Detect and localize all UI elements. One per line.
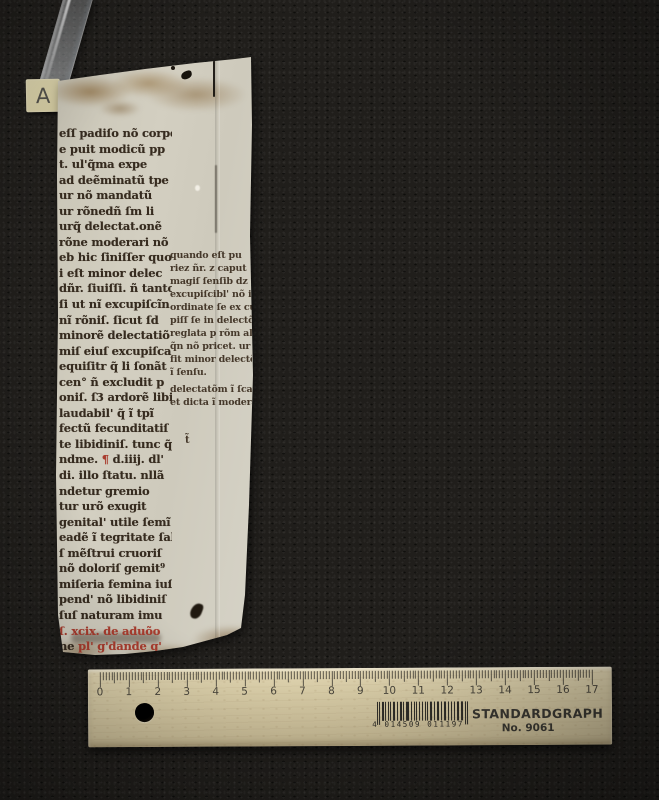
ruler-number: 14: [495, 684, 515, 696]
script-line: ndetur gremio: [59, 484, 172, 500]
ruler-tick: [137, 672, 138, 680]
ruler-tick: [282, 671, 283, 679]
ruler-tick: [464, 670, 465, 678]
gloss-line: ordinate ſe ex cu: [170, 301, 252, 314]
ruler-tick: [514, 670, 515, 678]
ruler-tick: [207, 672, 208, 680]
ruler-tick: [129, 672, 130, 687]
ruler-tick: [308, 671, 309, 679]
ruler-number: 1: [119, 686, 139, 698]
ruler-tick: [265, 671, 266, 679]
ruler-tick: [548, 670, 549, 681]
ruler-tick: [557, 670, 558, 678]
ruler-numbers: 01234567891011121314151617: [88, 667, 612, 670]
ruler-tick: [166, 672, 167, 680]
ruler-tick: [126, 672, 127, 680]
script-line: miſ eiuſ excupiſca: [59, 344, 172, 360]
ruler-tick: [583, 670, 584, 678]
ruler-tick: [114, 672, 115, 683]
ruler-tick: [285, 671, 286, 679]
ruler-tick: [519, 670, 520, 681]
ruler-tick: [522, 670, 523, 678]
ruler-tick: [352, 671, 353, 679]
gloss-line: reglata p rõm al: [170, 327, 252, 340]
ruler-number: 17: [582, 684, 602, 696]
ruler-tick: [302, 671, 303, 686]
ruler-tick: [372, 671, 373, 679]
ruler-tick: [233, 672, 234, 680]
script-line: dñr. ſiuiſſi. ñ tanto: [59, 281, 172, 297]
ruler-tick: [213, 672, 214, 680]
ruler-tick: [178, 672, 179, 680]
ruler-tick: [525, 670, 526, 678]
ruler-tick: [505, 670, 506, 685]
ruler-tick: [488, 670, 489, 678]
ruler-tick: [496, 670, 497, 678]
ruler-tick: [259, 671, 260, 682]
ruler-tick: [438, 671, 439, 679]
ruler-tick: [314, 671, 315, 679]
ruler-tick: [299, 671, 300, 679]
ruler-tick: [447, 670, 448, 685]
ruler-tick: [386, 671, 387, 679]
ruler-tick: [456, 670, 457, 678]
specimen-letter: A: [36, 83, 51, 107]
gloss-line: magiſ ſenſib dz: [170, 275, 252, 288]
ruler-tick: [192, 672, 193, 680]
ruler-number: 5: [235, 685, 255, 697]
ruler-tick: [224, 672, 225, 680]
ruler-tick: [467, 670, 468, 678]
ruler-tick: [216, 672, 217, 687]
ruler-tick: [331, 671, 332, 686]
ruler-tick: [395, 671, 396, 679]
ruler-number: 12: [437, 684, 457, 696]
script-line: equiſitr q̃ li ſonãt: [59, 359, 172, 375]
ruler-tick: [123, 672, 124, 680]
ruler-tick: [320, 671, 321, 679]
script-line: miſeria femina iuſ: [59, 577, 172, 593]
ruler-tick: [242, 672, 243, 680]
script-line: nõ doloriſ gemit⁹: [59, 561, 172, 577]
slit-cut-faint: [215, 165, 217, 233]
ruler-tick: [253, 672, 254, 680]
script-line: eſſ padiſo nõ corpe: [59, 126, 172, 142]
ruler-tick: [311, 671, 312, 679]
ruler-tick: [210, 672, 211, 680]
script-line: fectũ fecunditatiſ: [59, 421, 172, 437]
marginal-gloss-note: delectatõm ĩ ſcat.et dicta ĩ moderate: [170, 383, 252, 409]
script-line: guanda ad corpuſ.: [59, 655, 172, 671]
ruler-tick: [421, 671, 422, 679]
script-line: oniſ. ſ3 ardorẽ libi: [59, 390, 172, 406]
script-line: ndme. ¶ d.iiij. dl': [59, 452, 172, 468]
parchment-fragment: eſſ padiſo nõ corpee puit modicũ ppt. ul…: [55, 55, 255, 660]
script-line: i eſt minor delec: [59, 266, 172, 282]
ruler-tick: [569, 670, 570, 678]
ruler-tick: [328, 671, 329, 679]
ruler-tick: [117, 672, 118, 680]
ruler-tick: [204, 672, 205, 680]
ruler-tick: [560, 670, 561, 678]
script-line: e puit modicũ pp: [59, 142, 172, 158]
ruler-tick: [181, 672, 182, 680]
ruler-tick: [172, 672, 173, 683]
ruler-tick: [305, 671, 306, 679]
ruler-number: 4: [206, 686, 226, 698]
ruler-number: 6: [264, 685, 284, 697]
ruler-tick: [230, 672, 231, 683]
ruler-tick: [473, 670, 474, 678]
ruler-tick: [135, 672, 136, 680]
ruler-tick: [218, 672, 219, 680]
script-line: ſ. xcix. de aduõo: [59, 624, 172, 640]
ruler-tick: [389, 671, 390, 686]
script-line: minorẽ delectatiõ: [59, 328, 172, 344]
gloss-line: quando eſt pu: [170, 249, 252, 262]
ruler-tick: [169, 672, 170, 680]
ruler-tick: [221, 672, 222, 680]
ruler-tick: [490, 670, 491, 681]
ruler-tick: [337, 671, 338, 679]
ruler-tick: [184, 672, 185, 680]
ruler-tick: [508, 670, 509, 678]
worm-dot: [171, 66, 175, 70]
barcode-bar: [467, 701, 468, 724]
script-line: ne pl' g'dande q': [59, 639, 172, 655]
ruler-tick: [517, 670, 518, 678]
ruler-tick: [424, 671, 425, 679]
ruler-tick: [363, 671, 364, 679]
ruler-number: 7: [292, 685, 312, 697]
ruler-tick: [326, 671, 327, 679]
top-stain: [55, 61, 251, 117]
ruler-tick: [392, 671, 393, 679]
script-line: te libidiniſ. tunc q̃: [59, 437, 172, 453]
ruler-tick: [430, 671, 431, 679]
ruler-tick: [158, 672, 159, 687]
ruler-tick: [366, 671, 367, 679]
ruler-tick: [528, 670, 529, 678]
ruler-tick: [245, 672, 246, 687]
ruler-tick: [273, 671, 274, 686]
ruler-tick: [279, 671, 280, 679]
marginal-gloss-column: quando eſt puriez ñr. z caputmagiſ ſenſi…: [170, 249, 252, 379]
ruler-number: 13: [466, 684, 486, 696]
script-line: cen° ñ excludit p: [59, 375, 172, 391]
barcode-digits: 4 014509 011197: [371, 719, 465, 728]
ruler-tick: [288, 671, 289, 682]
ruler-tick: [100, 672, 101, 687]
ruler-tick: [383, 671, 384, 679]
ruler-tick: [534, 670, 535, 685]
ruler-tick: [346, 671, 347, 682]
ruler-hanging-hole: [135, 703, 154, 722]
ruler-tick: [493, 670, 494, 678]
script-line: ur rõnedñ ſm li: [59, 204, 172, 220]
ruler-tick: [360, 671, 361, 686]
ruler-tick: [572, 670, 573, 678]
ruler-number: 10: [379, 685, 399, 697]
ruler-number: 15: [524, 684, 544, 696]
ruler-tick: [592, 670, 593, 685]
ruler-tick: [450, 670, 451, 678]
ruler-tick: [323, 671, 324, 679]
ruler-tick: [369, 671, 370, 679]
ruler-tick: [103, 672, 104, 680]
ruler-tick: [143, 672, 144, 683]
ruler-ticks: [88, 667, 612, 670]
ruler-tick: [111, 672, 112, 680]
ruler-tick: [378, 671, 379, 679]
ruler-tick: [155, 672, 156, 680]
ruler-number: 0: [90, 686, 110, 698]
ruler-number: 3: [177, 686, 197, 698]
ruler-tick: [566, 670, 567, 678]
gloss-line: ĩ ſenſu.: [170, 366, 252, 379]
ruler-tick: [108, 672, 109, 680]
gloss-line: fit minor delectõ: [170, 353, 252, 366]
surface-chip: [195, 185, 200, 191]
ruler-brand: STANDARDGRAPH: [472, 706, 584, 722]
script-line: nĩ rõniſ. ſicut ſd: [59, 313, 172, 329]
script-line: tur urõ exugit: [59, 499, 172, 515]
ruler-tick: [140, 672, 141, 680]
ruler-number: 16: [553, 684, 573, 696]
script-line: ur nõ mandatũ: [59, 188, 172, 204]
ruler-tick: [106, 672, 107, 680]
main-text-column: eſſ padiſo nõ corpee puit modicũ ppt. ul…: [59, 126, 172, 670]
ruler-tick: [268, 671, 269, 679]
ruler-tick: [470, 670, 471, 678]
ruler-tick: [317, 671, 318, 682]
script-line: ſi ut nĩ excupiſcĩn: [59, 297, 172, 313]
ruler-tick: [236, 672, 237, 680]
ruler-tick: [271, 671, 272, 679]
ruler-tick: [187, 672, 188, 687]
gloss-line: riez ñr. z caput: [170, 262, 252, 275]
ruler-tick: [250, 672, 251, 680]
ruler-tick: [146, 672, 147, 680]
ruler-tick: [433, 671, 434, 682]
ruler-tick: [340, 671, 341, 679]
ruler-tick: [381, 671, 382, 679]
ruler-tick: [436, 671, 437, 679]
gloss-note-line: delectatõm ĩ ſcat.: [170, 383, 252, 396]
script-line: t. ul'q̃ma expe: [59, 157, 172, 173]
ruler-tick: [175, 672, 176, 680]
ruler-tick: [554, 670, 555, 678]
script-line: ad deẽminatũ tpe: [59, 173, 172, 189]
ruler-tick: [201, 672, 202, 683]
ruler-tick: [485, 670, 486, 678]
ruler-number: 8: [321, 685, 341, 697]
ruler-tick: [297, 671, 298, 679]
ruler-tick: [276, 671, 277, 679]
gloss-line: piſſ ſe in delectõe: [170, 314, 252, 327]
ruler-number: 2: [148, 686, 168, 698]
ruler-tick: [120, 672, 121, 680]
script-line: eb hic ſiniſſer quod: [59, 250, 172, 266]
barcode-bars: [377, 701, 468, 720]
script-line: urq̃ delectat.onẽ: [59, 219, 172, 235]
ruler-tick: [586, 670, 587, 678]
ruler-tick: [479, 670, 480, 678]
ruler-tick: [531, 670, 532, 678]
script-line: ſ mẽſtrui cruoriſ: [59, 546, 172, 562]
ruler-tick: [563, 670, 564, 685]
ruler-model-number: No. 9061: [472, 722, 584, 735]
gloss-line: excupiſcibl' nõ ita: [170, 288, 252, 301]
script-line: genital' utile ſemĩ: [59, 515, 172, 531]
ruler-number: 9: [350, 685, 370, 697]
script-line: rõne moderari nõ: [59, 235, 172, 251]
ruler-tick: [149, 672, 150, 680]
ruler-tick: [551, 670, 552, 678]
script-line: ſuſ naturam imu: [59, 608, 172, 624]
ruler-tick: [409, 671, 410, 679]
ruler-tick: [349, 671, 350, 679]
ruler-tick: [227, 672, 228, 680]
wooden-ruler: 01234567891011121314151617 4 014509 0111…: [88, 667, 612, 748]
ruler-tick: [375, 671, 376, 682]
ruler-tick: [401, 671, 402, 679]
ruler-tick: [239, 672, 240, 680]
ruler-tick: [577, 670, 578, 681]
ruler-tick: [262, 671, 263, 679]
ruler-tick: [511, 670, 512, 678]
ruler-tick: [543, 670, 544, 678]
ruler-tick: [415, 671, 416, 679]
slit-cut: [213, 57, 215, 97]
ruler-tick: [482, 670, 483, 678]
ruler-tick: [291, 671, 292, 679]
ruler-tick: [499, 670, 500, 678]
ruler-tick: [412, 671, 413, 679]
script-line: di. illo ſtatu. nllã: [59, 468, 172, 484]
ruler-tick: [441, 671, 442, 679]
ruler-tick: [476, 670, 477, 685]
ruler-tick: [195, 672, 196, 680]
ruler-tick: [418, 671, 419, 686]
stray-mark: t̃: [185, 435, 190, 446]
ruler-tick: [574, 670, 575, 678]
ruler-tick: [256, 671, 257, 679]
barcode: 4 014509 011197: [371, 701, 465, 727]
script-line: eadẽ ĩ tegritate ſal: [59, 530, 172, 546]
ruler-tick: [459, 670, 460, 678]
ruler-tick: [545, 670, 546, 678]
ruler-tick: [444, 671, 445, 679]
ruler-tick: [354, 671, 355, 679]
ruler-tick: [462, 670, 463, 681]
gloss-line: q̃n nõ pricet. ur: [170, 340, 252, 353]
ruler-tick: [161, 672, 162, 680]
ruler-tick: [453, 670, 454, 678]
ruler-tick: [334, 671, 335, 679]
ruler-number: 11: [408, 685, 428, 697]
ruler-tick: [502, 670, 503, 678]
ruler-tick: [537, 670, 538, 678]
photo-of-manuscript-and-ruler: { "scene": { "description": "Medieval pa…: [0, 0, 659, 800]
ruler-tick: [407, 671, 408, 679]
ruler-tick: [357, 671, 358, 679]
gloss-note-line: et dicta ĩ moderate: [170, 396, 252, 409]
ruler-tick: [427, 671, 428, 679]
ruler-tick: [198, 672, 199, 680]
ruler-tick: [404, 671, 405, 682]
ruler-tick: [152, 672, 153, 680]
script-line: pend' nõ libidiniſ: [59, 592, 172, 608]
ruler-tick: [540, 670, 541, 678]
ruler-tick: [163, 672, 164, 680]
parchment-surface: eſſ padiſo nõ corpee puit modicũ ppt. ul…: [55, 55, 255, 660]
ruler-tick: [343, 671, 344, 679]
ruler-tick: [398, 671, 399, 679]
ruler-tick: [132, 672, 133, 680]
script-line: laudabil' q̃ ĩ tpĩ: [59, 406, 172, 422]
ruler-tick: [589, 670, 590, 678]
ruler-tick: [580, 670, 581, 678]
ruler-tick: [247, 672, 248, 680]
ruler-tick: [294, 671, 295, 679]
ruler-tick: [190, 672, 191, 680]
